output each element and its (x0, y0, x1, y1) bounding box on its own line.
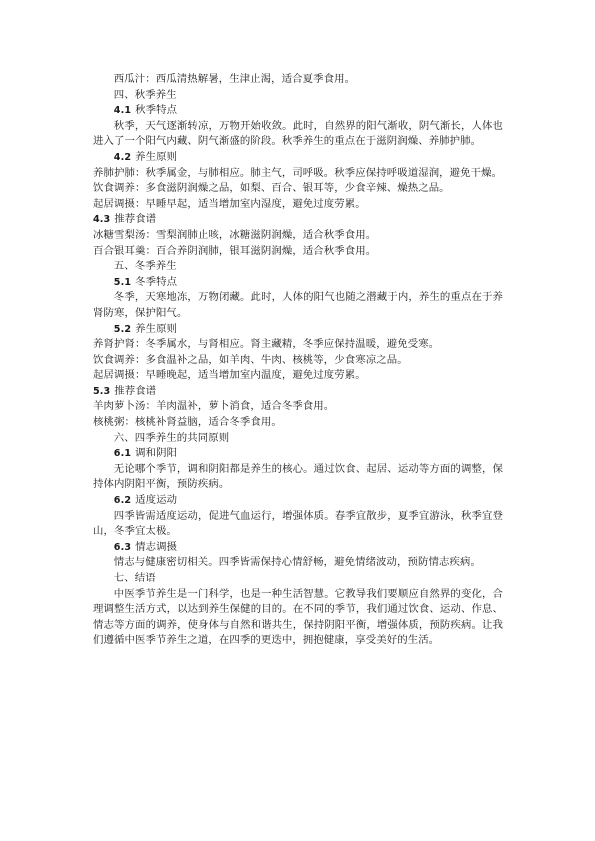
section-heading: 六、四季养生的共同原则 (93, 431, 503, 447)
subsection-heading: 6.3情志调摄 (93, 540, 503, 556)
subsection-number: 5.1 (114, 277, 131, 288)
paragraph: 起居调摄：早睡早起，适当增加室内湿度，避免过度劳累。 (93, 197, 503, 213)
paragraph: 中医季节养生是一门科学，也是一种生活智慧。它教导我们要顺应自然界的变化，合理调整… (93, 587, 503, 649)
document-page: 西瓜汁：西瓜清热解暑，生津止渴，适合夏季食用。 四、秋季养生 4.1秋季特点 秋… (93, 72, 503, 649)
subsection-heading: 6.2适度运动 (93, 493, 503, 509)
subsection-title: 秋季特点 (135, 104, 177, 116)
subsection-title: 推荐食谱 (114, 385, 156, 397)
subsection-heading: 5.2养生原则 (93, 322, 503, 338)
subsection-number: 6.2 (114, 495, 131, 506)
subsection-heading: 5.1冬季特点 (93, 275, 503, 291)
subsection-number: 4.1 (114, 105, 131, 116)
subsection-number: 4.2 (114, 152, 131, 163)
paragraph: 冬季，天寒地冻，万物闭藏。此时，人体的阳气也随之潜藏于内，养生的重点在于养肾防寒… (93, 290, 503, 321)
subsection-heading: 4.3推荐食谱 (93, 212, 503, 228)
paragraph: 西瓜汁：西瓜清热解暑，生津止渴，适合夏季食用。 (93, 72, 503, 88)
subsection-title: 养生原则 (135, 323, 177, 335)
paragraph: 秋季，天气逐渐转凉，万物开始收敛。此时，自然界的阳气渐收，阴气渐长，人体也进入了… (93, 119, 503, 150)
subsection-title: 情志调摄 (135, 541, 177, 553)
subsection-number: 6.3 (114, 542, 131, 553)
paragraph: 饮食调养：多食温补之品，如羊肉、牛肉、核桃等，少食寒凉之品。 (93, 353, 503, 369)
subsection-title: 养生原则 (135, 151, 177, 163)
subsection-title: 适度运动 (135, 494, 177, 506)
paragraph: 羊肉萝卜汤：羊肉温补，萝卜消食，适合冬季食用。 (93, 399, 503, 415)
subsection-number: 5.2 (114, 324, 131, 335)
paragraph: 养肾护肾：冬季属水，与肾相应。肾主藏精，冬季应保持温暖，避免受寒。 (93, 337, 503, 353)
paragraph: 情志与健康密切相关。四季皆需保持心情舒畅，避免情绪波动，预防情志疾病。 (93, 555, 503, 571)
paragraph: 养肺护肺：秋季属金，与肺相应。肺主气，司呼吸。秋季应保持呼吸道湿润，避免干燥。 (93, 166, 503, 182)
paragraph: 起居调摄：早睡晚起，适当增加室内温度，避免过度劳累。 (93, 368, 503, 384)
section-heading: 七、结语 (93, 571, 503, 587)
paragraph: 四季皆需适度运动，促进气血运行，增强体质。春季宜散步，夏季宜游泳，秋季宜登山，冬… (93, 509, 503, 540)
section-heading: 四、秋季养生 (93, 88, 503, 104)
subsection-heading: 6.1调和阴阳 (93, 446, 503, 462)
subsection-number: 6.1 (114, 448, 131, 459)
subsection-heading: 4.2养生原则 (93, 150, 503, 166)
subsection-title: 推荐食谱 (114, 213, 156, 225)
subsection-number: 4.3 (93, 214, 110, 225)
subsection-title: 调和阴阳 (135, 447, 177, 459)
paragraph: 冰糖雪梨汤：雪梨润肺止咳，冰糖滋阴润燥，适合秋季食用。 (93, 228, 503, 244)
paragraph: 百合银耳羹：百合养阴润肺，银耳滋阴润燥，适合秋季食用。 (93, 244, 503, 260)
subsection-title: 冬季特点 (135, 276, 177, 288)
paragraph: 饮食调养：多食滋阴润燥之品，如梨、百合、银耳等，少食辛辣、燥热之品。 (93, 181, 503, 197)
section-heading: 五、冬季养生 (93, 259, 503, 275)
paragraph: 无论哪个季节，调和阴阳都是养生的核心。通过饮食、起居、运动等方面的调整，保持体内… (93, 462, 503, 493)
paragraph: 核桃粥：核桃补肾益脑，适合冬季食用。 (93, 415, 503, 431)
subsection-heading: 5.3推荐食谱 (93, 384, 503, 400)
subsection-heading: 4.1秋季特点 (93, 103, 503, 119)
subsection-number: 5.3 (93, 386, 110, 397)
